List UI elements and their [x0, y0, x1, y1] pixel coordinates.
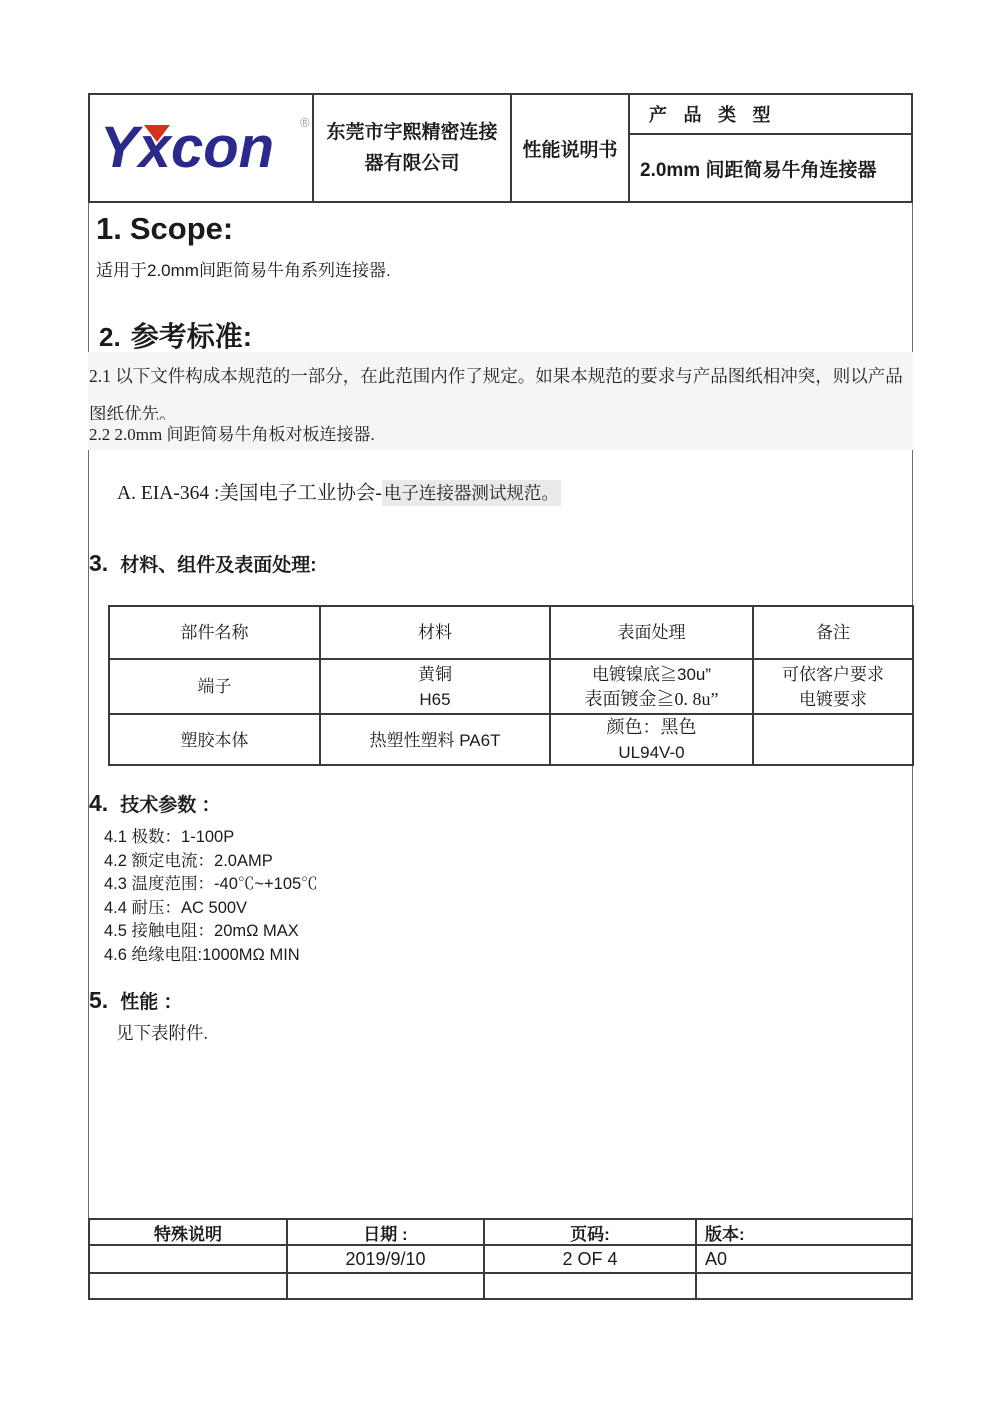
tech-parameter-insulation-resistance: 4.6 绝缘电阻:1000MΩ MIN [104, 944, 318, 968]
finish-line: 表面镀金≧0. 8u” [585, 687, 719, 712]
document-page: { "header": { "logo_text": "Yxcon", "log… [0, 0, 1000, 1414]
table-row-remark: 可依客户要求 电镀要求 [752, 658, 912, 713]
tech-parameter-voltage: 4.4 耐压：AC 500V [104, 897, 318, 921]
section-2-number: 2. [99, 322, 121, 352]
section-3-number: 3. [89, 550, 108, 576]
section-5-title: 性能 ： [120, 992, 182, 1013]
yxcon-logo: Yxcon [100, 119, 274, 177]
document-type: 性能说明书 [512, 95, 630, 201]
reference-item-2-2: 2.2 2.0mm 间距简易牛角板对板连接器. [88, 420, 913, 450]
materials-header-material: 材料 [319, 607, 549, 658]
product-category-label: 产 品 类 型 [630, 95, 911, 135]
materials-header-part: 部件名称 [110, 607, 319, 658]
section-4-title: 技术参数 ： [120, 795, 220, 816]
scope-text: 适用于2.0mm间距简易牛角系列连接器. [96, 256, 391, 281]
reference-item-a: A. EIA-364 :美国电子工业协会-电子连接器测试规范。 [117, 477, 561, 505]
footer-empty-cell [483, 1272, 695, 1298]
materials-header-finish: 表面处理 [549, 607, 752, 658]
tech-parameter-temperature: 4.3 温度范围：-40℃~+105℃ [104, 873, 318, 897]
table-row-part-name: 塑胶本体 [110, 713, 319, 765]
logo-triangle-icon [144, 125, 170, 142]
section-2-heading: 2.参考标准: [99, 315, 252, 355]
footer-table: 特殊说明 日期 : 页码: 版本: 2019/9/10 2 OF 4 A0 [88, 1218, 913, 1300]
product-type-cell: 产 品 类 型 2.0mm 间距简易牛角连接器 [630, 95, 911, 201]
company-name-line2: 器有限公司 [364, 148, 459, 179]
table-row-finish: 电镀镍底≧30u” 表面镀金≧0. 8u” [549, 658, 752, 713]
finish-line: UL94V-0 [618, 740, 684, 765]
eia-standard-text: A. EIA-364 :美国电子工业协会- [117, 483, 382, 504]
section-2-title: 参考标准: [131, 321, 252, 352]
section-1-number: 1. [96, 211, 122, 246]
remark-line: 电镀要求 [799, 687, 867, 712]
product-name: 2.0mm 间距简易牛角连接器 [630, 135, 911, 201]
tech-parameter-contact-resistance: 4.5 接触电阻：20mΩ MAX [104, 920, 318, 944]
company-name-line1: 东莞市宇熙精密连接 [326, 117, 497, 148]
section-5-heading: 5.性能 ： [89, 987, 182, 1014]
footer-date-value: 2019/9/10 [286, 1244, 483, 1272]
remark-line: 可依客户要求 [782, 662, 884, 687]
section-1-heading: 1.Scope: [96, 211, 233, 247]
table-row-material: 黄铜 H65 [319, 658, 549, 713]
section-4-heading: 4.技术参数 ： [89, 790, 220, 817]
table-row-finish: 颜色：黑色 UL94V-0 [549, 713, 752, 765]
material-line: 黄铜 [418, 662, 452, 687]
finish-line: 颜色：黑色 [607, 715, 697, 740]
section-5-number: 5. [89, 987, 108, 1013]
materials-header-remark: 备注 [752, 607, 912, 658]
table-row-remark [752, 713, 912, 765]
table-row-part-name: 端子 [110, 658, 319, 713]
performance-note: 见下表附件. [116, 1020, 208, 1045]
footer-empty-cell [695, 1272, 911, 1298]
footer-empty-cell [286, 1272, 483, 1298]
footer-date-label: 日期 : [286, 1220, 483, 1244]
section-1-title: Scope: [130, 211, 233, 246]
registered-trademark-icon: ® [300, 115, 310, 130]
footer-special-note-label: 特殊说明 [90, 1220, 286, 1244]
tech-parameter-list: 4.1 极数：1-100P 4.2 额定电流：2.0AMP 4.3 温度范围：-… [104, 826, 318, 967]
footer-page-value: 2 OF 4 [483, 1244, 695, 1272]
section-3-heading: 3.材料、组件及表面处理: [89, 550, 317, 577]
footer-empty-cell [90, 1272, 286, 1298]
tech-parameter-current: 4.2 额定电流：2.0AMP [104, 850, 318, 874]
tech-parameter-poles: 4.1 极数：1-100P [104, 826, 318, 850]
section-3-title: 材料、组件及表面处理: [120, 555, 316, 576]
eia-standard-highlight: 电子连接器测试规范。 [382, 480, 561, 506]
footer-version-value: A0 [695, 1244, 911, 1272]
logo-cell: Yxcon ® [90, 95, 314, 201]
section-4-number: 4. [89, 790, 108, 816]
company-name: 东莞市宇熙精密连接 器有限公司 [314, 95, 512, 201]
footer-page-label: 页码: [483, 1220, 695, 1244]
footer-special-note-value [90, 1244, 286, 1272]
table-row-material: 热塑性塑料 PA6T [319, 713, 549, 765]
footer-version-label: 版本: [695, 1220, 911, 1244]
finish-line: 电镀镍底≧30u” [592, 662, 711, 687]
materials-table: 部件名称 材料 表面处理 备注 端子 黄铜 H65 电镀镍底≧30u” 表面镀金… [108, 605, 914, 766]
material-line: H65 [419, 687, 450, 712]
header-table: Yxcon ® 东莞市宇熙精密连接 器有限公司 性能说明书 产 品 类 型 2.… [88, 93, 913, 203]
